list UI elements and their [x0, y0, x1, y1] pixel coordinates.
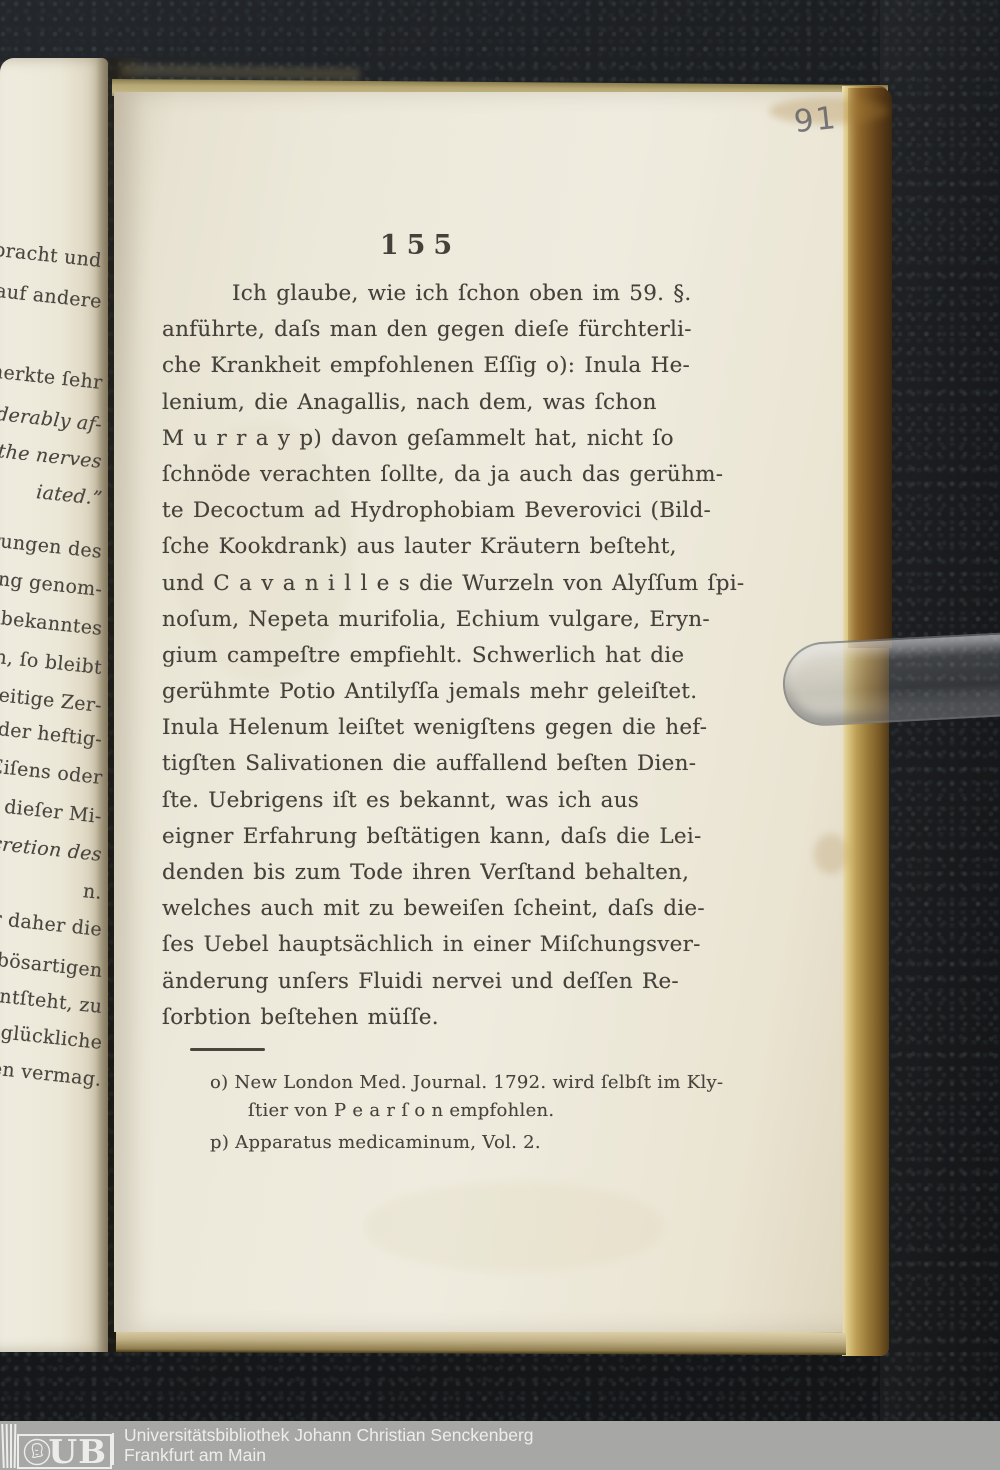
- transparent-page-holder-strip: [781, 631, 1000, 728]
- facing-page-fragment: Anfang genom-: [0, 563, 103, 601]
- facing-page-fragment: ch zeitige Zer-: [0, 680, 103, 717]
- handwritten-folio-number: 91: [792, 100, 839, 140]
- body-line: ſchnöde verachten ſollte, da ja auch das…: [162, 457, 737, 493]
- logo-fan-line: [1, 1424, 5, 1468]
- facing-page-fragment: he entſteht, zu: [0, 981, 103, 1018]
- footnote-line: ſtier von P e a r ſ o n empfohlen.: [248, 1100, 554, 1121]
- facing-page-fragment: n dieſer Mi-: [0, 794, 103, 828]
- footnote-separator-rule: [190, 1048, 265, 1051]
- library-name: Universitätsbibliothek Johann Christian …: [124, 1425, 534, 1446]
- logo-fan-line: [14, 1424, 17, 1468]
- facing-page-sliver: ut gebracht und lutes auf andere s,” bem…: [0, 58, 108, 1352]
- body-line: Inula Helenum leiſtet wenigſtens gegen d…: [162, 710, 737, 746]
- body-line: welches auch mit zu beweiſen ſcheint, da…: [162, 891, 737, 927]
- facing-page-fragment: wir daher die: [0, 905, 103, 941]
- body-line: ſte. Uebrigens iſt es bekannt, was ich a…: [162, 783, 737, 819]
- facing-page-fragment: n Eiſens oder: [0, 753, 103, 789]
- body-line: lenium, die Anagallis, nach dem, was ſch…: [162, 385, 737, 421]
- facing-page-fragment: which the nerves: [0, 433, 103, 473]
- body-line: ſche Kookdrank) aus lauter Kräutern beſt…: [162, 529, 737, 565]
- body-text-block: Ich glaube, wie ich ſchon oben im 59. §.…: [162, 276, 737, 1036]
- paper-stain: [814, 834, 848, 874]
- cover-sheen: [880, 0, 1000, 1470]
- facing-page-fragment: jetzt bekanntes: [0, 602, 103, 640]
- facing-page-fragment: nen, ſo bleibt: [0, 643, 103, 679]
- body-line: tigſten Salivationen die auffallend beſt…: [162, 746, 737, 782]
- logo-fan-line: [6, 1424, 9, 1468]
- facing-page-fragment: iated.”: [35, 481, 103, 510]
- footnote-line: o) New London Med. Journal. 1792. wird ſ…: [210, 1072, 723, 1093]
- library-city: Frankfurt am Main: [124, 1445, 266, 1466]
- body-line: noſum, Nepeta murifolia, Echium vulgare,…: [162, 602, 737, 638]
- logo-divider-line: [112, 1433, 114, 1465]
- body-line: und C a v a n i l l e s die Wurzeln von …: [162, 566, 737, 602]
- facing-page-fragment: telſt der heftig-: [0, 713, 103, 751]
- paper-stain: [364, 1182, 664, 1272]
- body-line: anführte, daſs man den gegen dieſe fürch…: [162, 312, 737, 348]
- body-line: ſes Uebel hauptsächlich in einer Miſchun…: [162, 927, 737, 963]
- library-footer-bar: UB Universitätsbibliothek Johann Christi…: [0, 1421, 1000, 1470]
- facing-page-fragment: rhüten vermag.: [0, 1053, 103, 1091]
- printed-page-number: 155: [340, 230, 500, 261]
- body-line: che Krankheit empfohlenen Eſſig o): Inul…: [162, 348, 737, 384]
- logo-fan-line: [10, 1424, 12, 1468]
- body-line: gerühmte Potio Antilyſſa jemals mehr gel…: [162, 674, 737, 710]
- ub-logo-text: UB: [48, 1432, 107, 1470]
- body-line: Ich glaube, wie ich ſchon oben im 59. §.: [162, 276, 737, 312]
- facing-page-fragment: lutes auf andere: [0, 274, 103, 313]
- facing-page-fragment: ut gebracht und: [0, 233, 103, 272]
- body-line: denden bis zum Tode ihren Verſtand behal…: [162, 855, 737, 891]
- facing-page-fragment: s,” bemerkte ſehr: [0, 354, 103, 394]
- body-line: te Decoctum ad Hydrophobiam Beverovici (…: [162, 493, 737, 529]
- facing-page-fragment: eine glückliche: [0, 1016, 103, 1054]
- body-line: eigner Erfahrung beſtätigen kann, daſs d…: [162, 819, 737, 855]
- body-line: gium campeſtre empfiehlt. Schwerlich hat…: [162, 638, 737, 674]
- facing-page-fragment: Secretion des: [0, 830, 103, 866]
- page-block-bottom-edge: [116, 1329, 846, 1355]
- ub-logo: UB: [17, 1434, 112, 1469]
- body-line: änderung unſers Fluidi nervei und deſſen…: [162, 964, 737, 1000]
- body-line: M u r r a y p) davon geſammelt hat, nich…: [162, 421, 737, 457]
- facing-page-fragment: ten bösartigen: [0, 945, 103, 982]
- footnote-line: p) Apparatus medicaminum, Vol. 2.: [210, 1132, 541, 1153]
- facing-page-fragment: nderungen des: [0, 526, 103, 563]
- book-scan-viewer: ut gebracht und lutes auf andere s,” bem…: [0, 0, 1000, 1470]
- facing-page-fragment: considerably af-: [0, 398, 103, 436]
- body-line: ſorbtion beſtehen müſſe.: [162, 1000, 737, 1036]
